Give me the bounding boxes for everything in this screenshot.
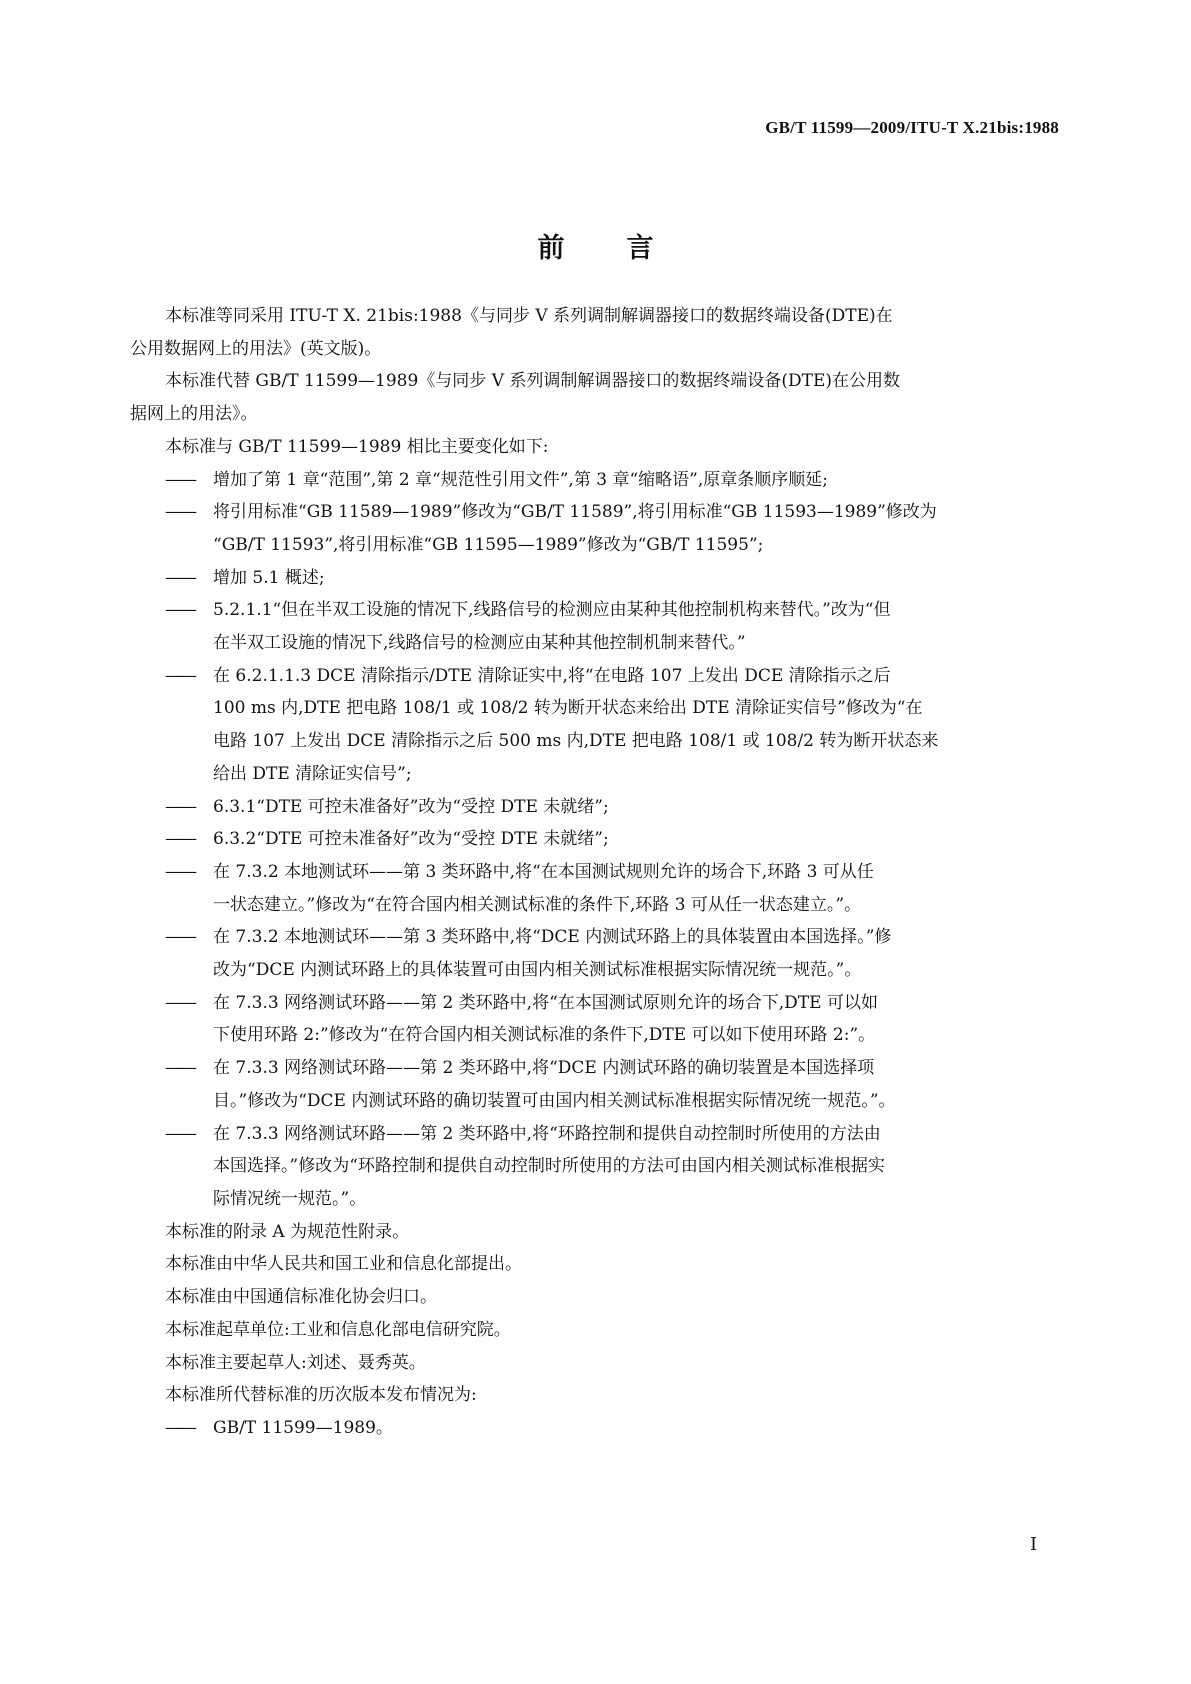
- change-line: 在 7.3.2 本地测试环——第 3 类环路中,将“DCE 内测试环路上的具体装…: [213, 927, 891, 947]
- paragraph-line: 本标准代替 GB/T 11599—1989《与同步 V 系列调制解调器接口的数据…: [165, 365, 1050, 398]
- standard-header: GB/T 11599—2009/ITU-T X.21bis:1988: [765, 118, 1059, 138]
- paragraph-line: 公用数据网上的用法》(英文版)。: [130, 333, 1050, 366]
- dash-marker: ——: [165, 856, 213, 889]
- change-line: 增加了第 1 章“范围”,第 2 章“规范性引用文件”,第 3 章“缩略语”,原…: [213, 470, 828, 490]
- change-line: 5.2.1.1“但在半双工设施的情况下,线路信号的检测应由某种其他控制机构来替代…: [213, 600, 890, 620]
- title-char-2: 言: [627, 226, 654, 265]
- annex-statement: 本标准的附录 A 为规范性附录。: [165, 1216, 1050, 1249]
- dash-marker: ——: [165, 562, 213, 595]
- change-item: ——在 7.3.3 网络测试环路——第 2 类环路中,将“DCE 内测试环路的确…: [165, 1052, 1050, 1117]
- change-line: 下使用环路 2:”修改为“在符合国内相关测试标准的条件下,DTE 可以如下使用环…: [165, 1019, 1050, 1052]
- changes-list: ——增加了第 1 章“范围”,第 2 章“规范性引用文件”,第 3 章“缩略语”…: [165, 464, 1050, 1216]
- change-line: 将引用标准“GB 11589—1989”修改为“GB/T 11589”,将引用标…: [213, 502, 937, 522]
- title-char-1: 前: [538, 226, 565, 265]
- change-line: 电路 107 上发出 DCE 清除指示之后 500 ms 内,DTE 把电路 1…: [165, 725, 1050, 758]
- change-line: 在 7.3.2 本地测试环——第 3 类环路中,将“在本国测试规则允许的场合下,…: [213, 862, 874, 882]
- change-line: 6.3.2“DTE 可控未准备好”改为“受控 DTE 未就绪”;: [213, 829, 609, 849]
- history-intro: 本标准所代替标准的历次版本发布情况为:: [165, 1379, 1050, 1412]
- dash-marker: ——: [165, 496, 213, 529]
- paragraph-line: 本标准等同采用 ITU-T X. 21bis:1988《与同步 V 系列调制解调…: [165, 300, 1050, 333]
- dash-marker: ——: [165, 1412, 213, 1445]
- change-line: 际情况统一规范。”。: [165, 1183, 1050, 1216]
- dash-marker: ——: [165, 823, 213, 856]
- page-number: I: [1030, 1534, 1037, 1555]
- change-line: 一状态建立。”修改为“在符合国内相关测试标准的条件下,环路 3 可从任一状态建立…: [165, 889, 1050, 922]
- paragraph-line: 本标准与 GB/T 11599—1989 相比主要变化如下:: [165, 431, 1050, 464]
- closing-paragraphs: 本标准的附录 A 为规范性附录。 本标准由中华人民共和国工业和信息化部提出。 本…: [165, 1216, 1050, 1445]
- standard-id: GB/T 11599—2009/ITU-T X.21bis:1988: [765, 118, 1059, 137]
- change-line: 在 7.3.3 网络测试环路——第 2 类环路中,将“环路控制和提供自动控制时所…: [213, 1124, 881, 1144]
- dash-marker: ——: [165, 660, 213, 693]
- proposer-statement: 本标准由中华人民共和国工业和信息化部提出。: [165, 1248, 1050, 1281]
- paragraph-adoption: 本标准等同采用 ITU-T X. 21bis:1988《与同步 V 系列调制解调…: [165, 300, 1050, 365]
- history-item-text: GB/T 11599—1989。: [213, 1418, 393, 1438]
- paragraph-changes-intro: 本标准与 GB/T 11599—1989 相比主要变化如下:: [165, 431, 1050, 464]
- dash-marker: ——: [165, 1118, 213, 1151]
- change-line: 目。”修改为“DCE 内测试环路的确切装置可由国内相关测试标准根据实际情况统一规…: [165, 1085, 1050, 1118]
- change-line: 100 ms 内,DTE 把电路 108/1 或 108/2 转为断开状态来给出…: [165, 692, 1050, 725]
- change-line: 6.3.1“DTE 可控未准备好”改为“受控 DTE 未就绪”;: [213, 797, 609, 817]
- change-item: ——在 7.3.2 本地测试环——第 3 类环路中,将“DCE 内测试环路上的具…: [165, 921, 1050, 986]
- change-line: 给出 DTE 清除证实信号”;: [165, 758, 1050, 791]
- change-line: 在半双工设施的情况下,线路信号的检测应由某种其他控制机制来替代。”: [165, 627, 1050, 660]
- page-title: 前言: [0, 226, 1191, 265]
- change-item: ——在 6.2.1.1.3 DCE 清除指示/DTE 清除证实中,将“在电路 1…: [165, 660, 1050, 791]
- drafters: 本标准主要起草人:刘述、聂秀英。: [165, 1347, 1050, 1380]
- change-line: 增加 5.1 概述;: [213, 568, 325, 588]
- dash-marker: ——: [165, 987, 213, 1020]
- change-item: ——6.3.2“DTE 可控未准备好”改为“受控 DTE 未就绪”;: [165, 823, 1050, 856]
- change-item: ——增加 5.1 概述;: [165, 562, 1050, 595]
- change-item: ——在 7.3.2 本地测试环——第 3 类环路中,将“在本国测试规则允许的场合…: [165, 856, 1050, 921]
- dash-marker: ——: [165, 594, 213, 627]
- dash-marker: ——: [165, 1052, 213, 1085]
- change-item: ——增加了第 1 章“范围”,第 2 章“规范性引用文件”,第 3 章“缩略语”…: [165, 464, 1050, 497]
- dash-marker: ——: [165, 464, 213, 497]
- change-line: 在 6.2.1.1.3 DCE 清除指示/DTE 清除证实中,将“在电路 107…: [213, 666, 891, 686]
- administered-statement: 本标准由中国通信标准化协会归口。: [165, 1281, 1050, 1314]
- paragraph-replaces: 本标准代替 GB/T 11599—1989《与同步 V 系列调制解调器接口的数据…: [165, 365, 1050, 430]
- paragraph-line: 据网上的用法》。: [130, 398, 1050, 431]
- change-line: 在 7.3.3 网络测试环路——第 2 类环路中,将“在本国测试原则允许的场合下…: [213, 993, 878, 1013]
- change-item: ——6.3.1“DTE 可控未准备好”改为“受控 DTE 未就绪”;: [165, 791, 1050, 824]
- dash-marker: ——: [165, 921, 213, 954]
- change-line: 在 7.3.3 网络测试环路——第 2 类环路中,将“DCE 内测试环路的确切装…: [213, 1058, 874, 1078]
- change-line: 本国选择。”修改为“环路控制和提供自动控制时所使用的方法可由国内相关测试标准根据…: [165, 1150, 1050, 1183]
- dash-marker: ——: [165, 791, 213, 824]
- change-item: ——在 7.3.3 网络测试环路——第 2 类环路中,将“在本国测试原则允许的场…: [165, 987, 1050, 1052]
- change-item: ——将引用标准“GB 11589—1989”修改为“GB/T 11589”,将引…: [165, 496, 1050, 561]
- change-line: “GB/T 11593”,将引用标准“GB 11595—1989”修改为“GB/…: [165, 529, 1050, 562]
- drafting-organization: 本标准起草单位:工业和信息化部电信研究院。: [165, 1314, 1050, 1347]
- change-line: 改为“DCE 内测试环路上的具体装置可由国内相关测试标准根据实际情况统一规范。”…: [165, 954, 1050, 987]
- change-item: ——5.2.1.1“但在半双工设施的情况下,线路信号的检测应由某种其他控制机构来…: [165, 594, 1050, 659]
- foreword-body: 本标准等同采用 ITU-T X. 21bis:1988《与同步 V 系列调制解调…: [165, 300, 1050, 1445]
- history-item: ——GB/T 11599—1989。: [165, 1412, 1050, 1445]
- change-item: ——在 7.3.3 网络测试环路——第 2 类环路中,将“环路控制和提供自动控制…: [165, 1118, 1050, 1216]
